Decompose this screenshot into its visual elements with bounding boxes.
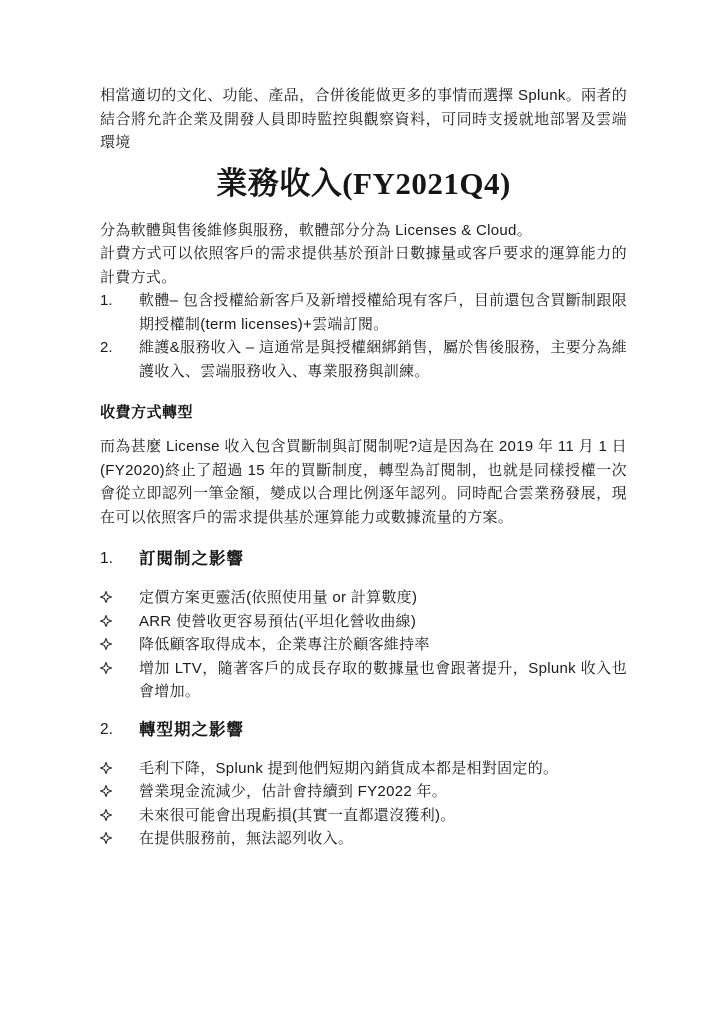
overview-line-1: 分為軟體與售後維修與服務，軟體部分分為 Licenses & Cloud。	[100, 219, 627, 243]
document-page: 相當適切的文化、功能、產品，合併後能做更多的事情而選擇 Splunk。兩者的結合…	[0, 0, 724, 1024]
bullet-item: 定價方案更靈活(依照使用量 or 計算數度)	[100, 586, 627, 610]
intro-paragraph: 相當適切的文化、功能、產品，合併後能做更多的事情而選擇 Splunk。兩者的結合…	[100, 84, 627, 155]
four-pointed-star-icon	[100, 610, 139, 627]
bullet-text: 增加 LTV，隨著客戶的成長存取的數據量也會跟著提升，Splunk 收入也會增加…	[139, 657, 627, 704]
bullet-text: 定價方案更靈活(依照使用量 or 計算數度)	[139, 586, 627, 610]
numbered-item-1: 1. 軟體– 包含授權給新客戶及新增授權給現有客戶，目前還包含買斷制跟限期授權制…	[100, 289, 627, 336]
numbered-item-2: 2. 維護&服務收入 – 這通常是與授權綑綁銷售，屬於售後服務，主要分為維護收入…	[100, 336, 627, 383]
four-pointed-star-icon	[100, 657, 139, 674]
bullet-item: 增加 LTV，隨著客戶的成長存取的數據量也會跟著提升，Splunk 收入也會增加…	[100, 657, 627, 704]
item-number: 2.	[100, 336, 139, 360]
fee-section-heading: 收費方式轉型	[100, 401, 627, 425]
bullet-text: 未來很可能會出現虧損(其實一直都還沒獲利)。	[139, 804, 627, 828]
subsection-1-heading: 1. 訂閱制之影響	[100, 546, 627, 572]
bullet-text: ARR 使營收更容易預估(平坦化營收曲線)	[139, 610, 627, 634]
four-pointed-star-icon	[100, 757, 139, 774]
fee-section-paragraph: 而為甚麼 License 收入包含買斷制與訂閱制呢?這是因為在 2019 年 1…	[100, 435, 627, 529]
bullet-text: 降低顧客取得成本，企業專注於顧客維持率	[139, 633, 627, 657]
bullet-item: 營業現金流減少，估計會持續到 FY2022 年。	[100, 780, 627, 804]
subsection-2-bullets: 毛利下降，Splunk 提到他們短期內銷貨成本都是相對固定的。 營業現金流減少，…	[100, 757, 627, 851]
page-title: 業務收入(FY2021Q4)	[100, 164, 627, 204]
subsection-title: 訂閱制之影響	[139, 546, 627, 572]
bullet-text: 毛利下降，Splunk 提到他們短期內銷貨成本都是相對固定的。	[139, 757, 627, 781]
subsection-1-bullets: 定價方案更靈活(依照使用量 or 計算數度) ARR 使營收更容易預估(平坦化營…	[100, 586, 627, 704]
overview-line-2: 計費方式可以依照客戶的需求提供基於預計日數據量或客戶要求的運算能力的計費方式。	[100, 242, 627, 289]
bullet-item: 在提供服務前，無法認列收入。	[100, 827, 627, 851]
four-pointed-star-icon	[100, 780, 139, 797]
subsection-number: 1.	[100, 546, 139, 572]
subsection-title: 轉型期之影響	[139, 717, 627, 743]
four-pointed-star-icon	[100, 633, 139, 650]
subsection-number: 2.	[100, 717, 139, 743]
item-number: 1.	[100, 289, 139, 313]
four-pointed-star-icon	[100, 804, 139, 821]
bullet-text: 在提供服務前，無法認列收入。	[139, 827, 627, 851]
item-text: 維護&服務收入 – 這通常是與授權綑綁銷售，屬於售後服務，主要分為維護收入、雲端…	[139, 336, 627, 383]
four-pointed-star-icon	[100, 586, 139, 603]
bullet-item: ARR 使營收更容易預估(平坦化營收曲線)	[100, 610, 627, 634]
bullet-item: 降低顧客取得成本，企業專注於顧客維持率	[100, 633, 627, 657]
bullet-item: 毛利下降，Splunk 提到他們短期內銷貨成本都是相對固定的。	[100, 757, 627, 781]
item-text: 軟體– 包含授權給新客戶及新增授權給現有客戶，目前還包含買斷制跟限期授權制(te…	[139, 289, 627, 336]
subsection-2-heading: 2. 轉型期之影響	[100, 717, 627, 743]
bullet-text: 營業現金流減少，估計會持續到 FY2022 年。	[139, 780, 627, 804]
four-pointed-star-icon	[100, 827, 139, 844]
bullet-item: 未來很可能會出現虧損(其實一直都還沒獲利)。	[100, 804, 627, 828]
